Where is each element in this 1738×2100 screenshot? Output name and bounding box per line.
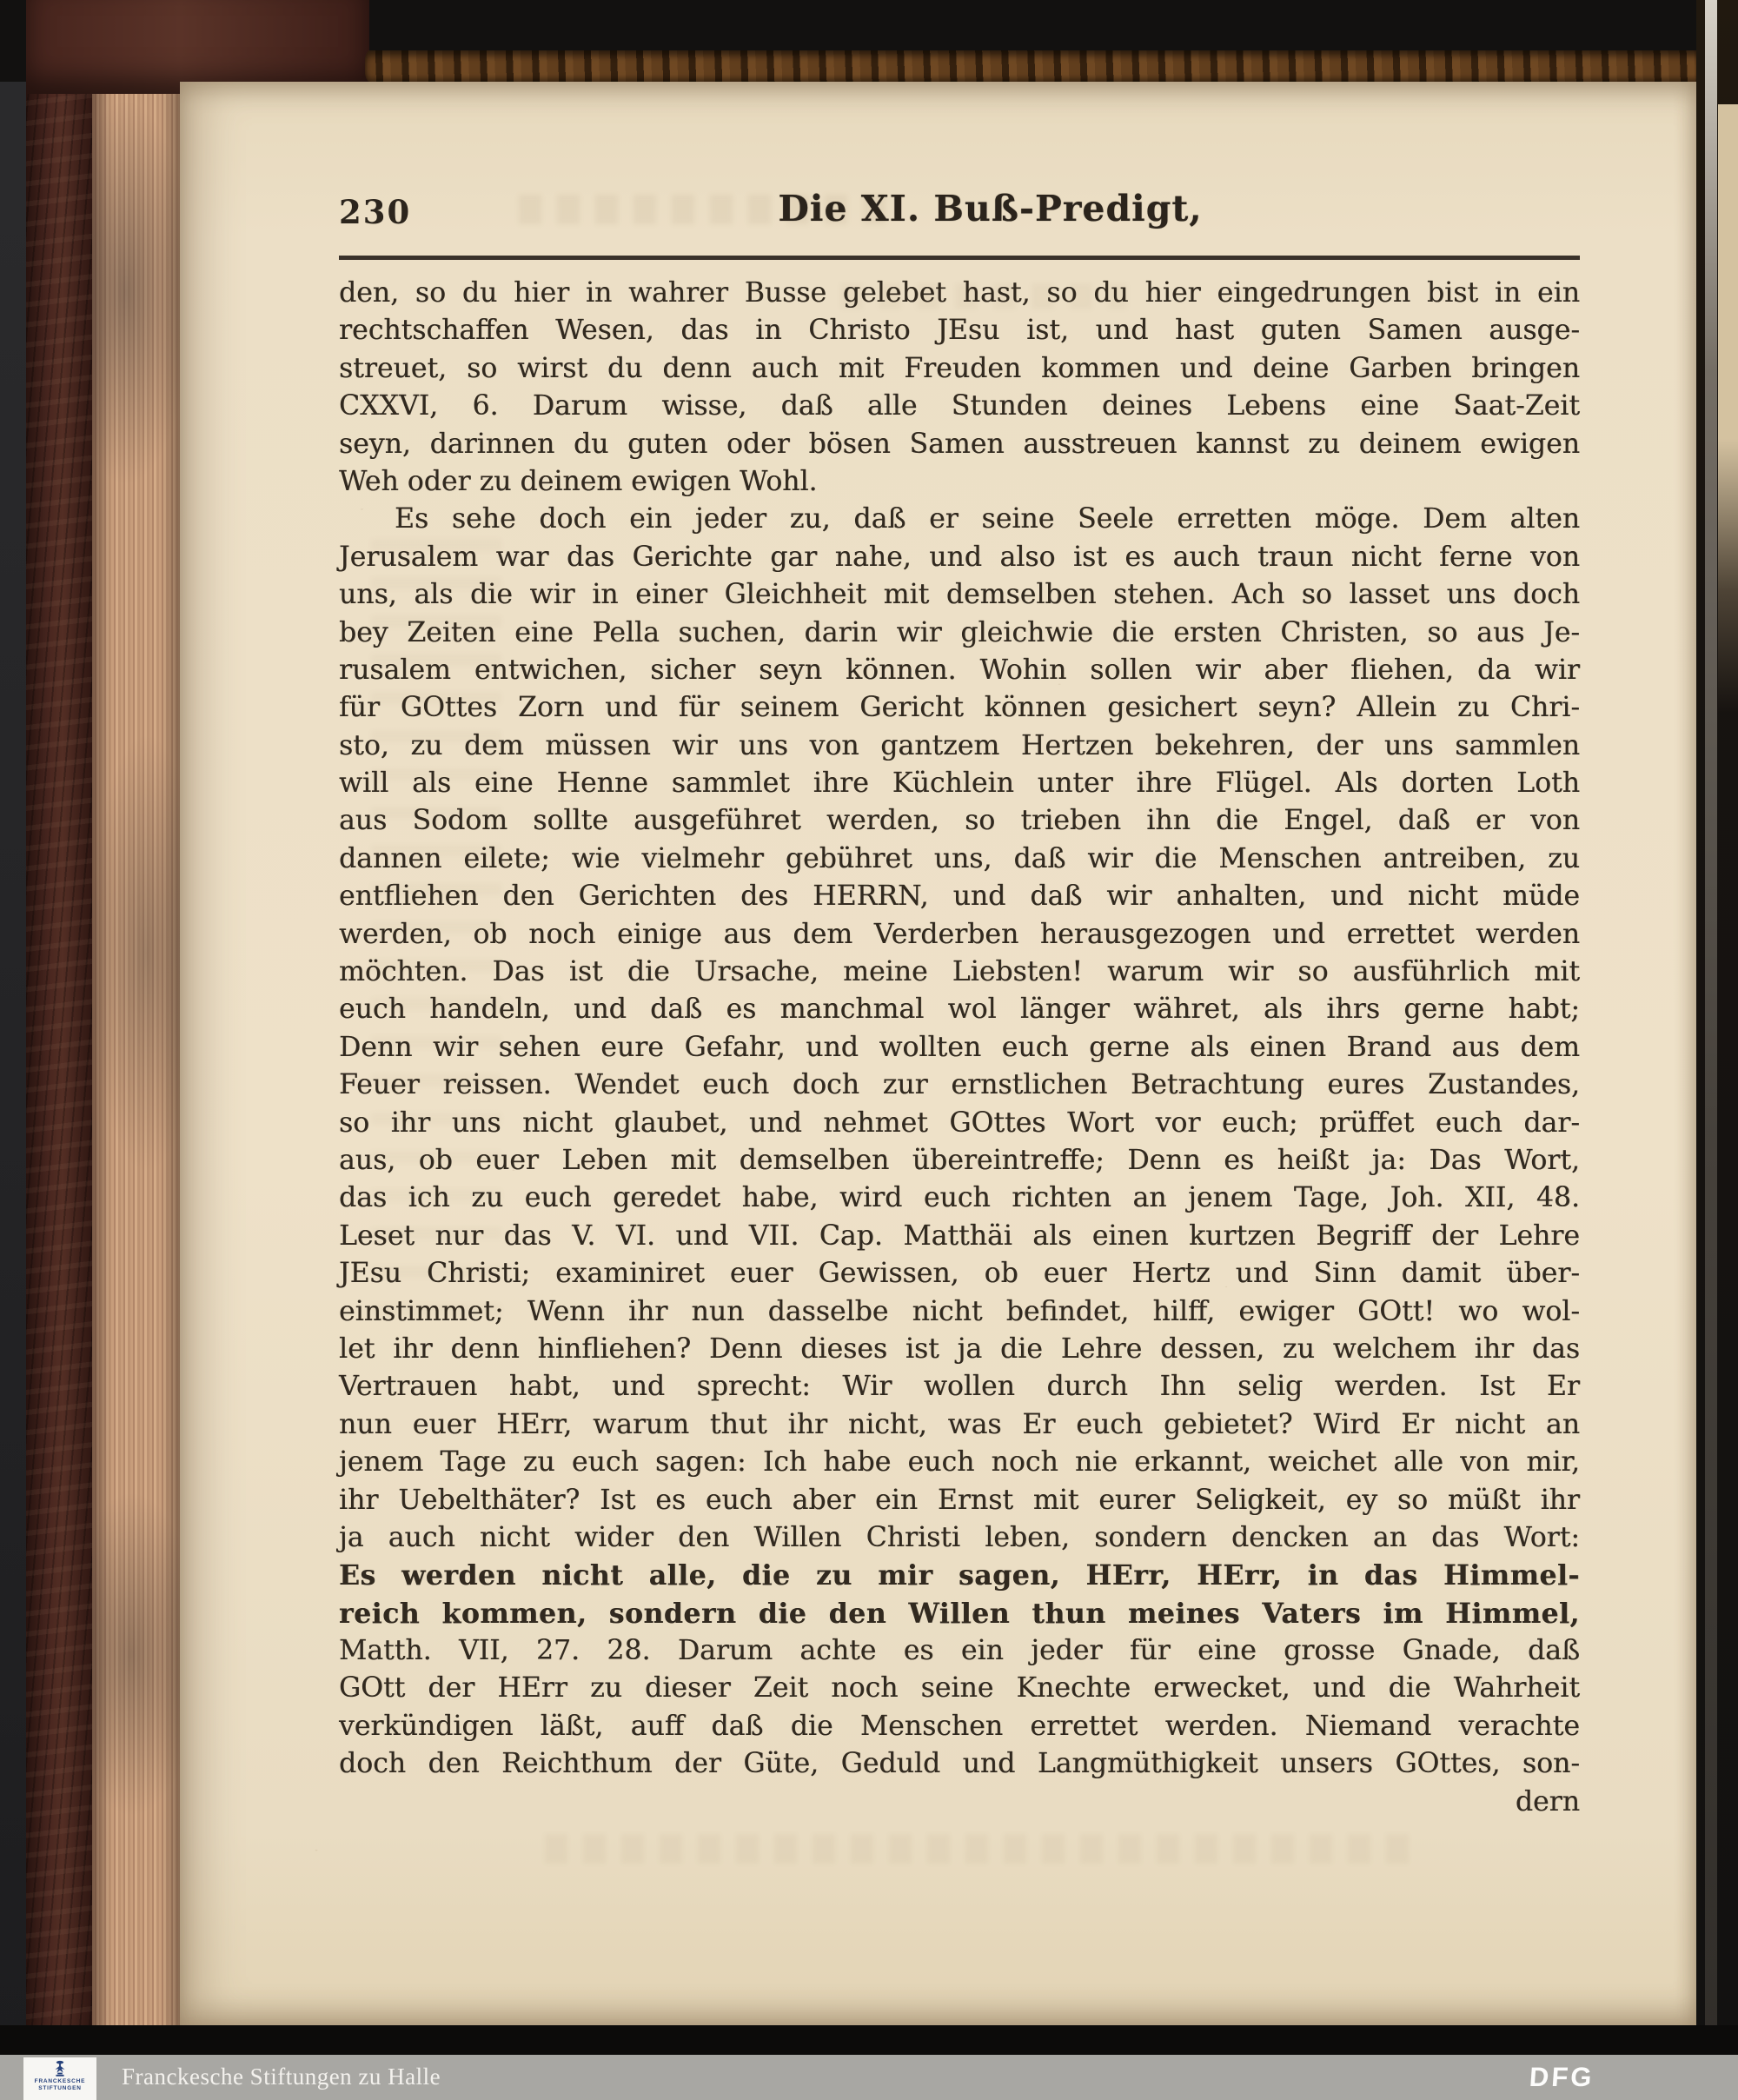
- running-title: Die XI. Buß-Predigt,: [180, 188, 1696, 229]
- text-line: für GOttes Zorn und für seinem Gericht k…: [339, 689, 1580, 727]
- text-line: Feuer reissen. Wendet euch doch zur erns…: [339, 1067, 1580, 1104]
- book-cover-corner: [26, 0, 369, 94]
- text-line: jenem Tage zu euch sagen: Ich habe euch …: [339, 1444, 1580, 1481]
- text-line: entfliehen den Gerichten des HERRN, und …: [339, 878, 1580, 915]
- book-page: 230 Die XI. Buß-Predigt, den, so du hier…: [180, 82, 1696, 2025]
- text-line: ja auch nicht wider den Willen Christi l…: [339, 1519, 1580, 1557]
- text-line: doch den Reichthum der Güte, Geduld und …: [339, 1745, 1580, 1783]
- book-endband: [365, 50, 1702, 82]
- text-line: bey Zeiten eine Pella suchen, darin wir …: [339, 615, 1580, 652]
- text-line: GOtt der HErr zu dieser Zeit noch seine …: [339, 1670, 1580, 1707]
- logo-text-line1: FRANCKESCHE: [35, 2078, 86, 2085]
- text-line: dern: [339, 1784, 1580, 1821]
- text-line: einstimmet; Wenn ihr nun dasselbe nicht …: [339, 1293, 1580, 1331]
- digitized-book-scan: { "page": { "page_number": "230", "runni…: [0, 0, 1738, 2100]
- text-line: let ihr denn hinfliehen? Denn dieses ist…: [339, 1331, 1580, 1368]
- scanner-background-bottom: [0, 2025, 1738, 2055]
- text-line: aus Sodom sollte ausgeführet werden, so …: [339, 802, 1580, 840]
- text-line: Jerusalem war das Gerichte gar nahe, und…: [339, 539, 1580, 576]
- text-line: verkündigen läßt, auff daß die Menschen …: [339, 1708, 1580, 1745]
- text-line: Es sehe doch ein jeder zu, daß er seine …: [339, 501, 1580, 538]
- text-line: reich kommen, sondern die den Willen thu…: [339, 1595, 1580, 1632]
- text-line: aus, ob euer Leben mit demselben überein…: [339, 1142, 1580, 1180]
- franckesche-stiftungen-logo: FRANCKESCHE STIFTUNGEN: [23, 2057, 96, 2100]
- dfg-logo: DFG: [1528, 2062, 1595, 2093]
- text-line: seyn, darinnen du guten oder bösen Samen…: [339, 426, 1580, 463]
- text-line: so ihr uns nicht glaubet, und nehmet GOt…: [339, 1105, 1580, 1142]
- text-line: werden, ob noch einige aus dem Verderben…: [339, 916, 1580, 954]
- text-line: euch handeln, und daß es manchmal wol lä…: [339, 991, 1580, 1028]
- text-line: den, so du hier in wahrer Busse gelebet …: [339, 275, 1580, 312]
- book-spine-leather: [26, 0, 92, 2055]
- text-line: Vertrauen habt, und sprecht: Wir wollen …: [339, 1368, 1580, 1406]
- text-line: uns, als die wir in einer Gleichheit mit…: [339, 576, 1580, 614]
- text-line: JEsu Christi; examiniret euer Gewissen, …: [339, 1255, 1580, 1293]
- logo-text-line2: STIFTUNGEN: [38, 2085, 82, 2092]
- text-line: will als eine Henne sammlet ihre Küchlei…: [339, 765, 1580, 802]
- body-text: den, so du hier in wahrer Busse gelebet …: [339, 275, 1580, 1821]
- text-line: möchten. Das ist die Ursache, meine Lieb…: [339, 954, 1580, 991]
- footer-bar: FRANCKESCHE STIFTUNGEN Franckesche Stift…: [0, 2055, 1738, 2100]
- facing-page-edge: [1718, 104, 1738, 713]
- text-line: Denn wir sehen eure Gefahr, und wollten …: [339, 1029, 1580, 1067]
- eagle-emblem-icon: [50, 2059, 70, 2078]
- text-line: Es werden nicht alle, die zu mir sagen, …: [339, 1557, 1580, 1594]
- text-line: nun euer HErr, warum thut ihr nicht, was…: [339, 1406, 1580, 1444]
- text-line: CXXVI, 6. Darum wisse, daß alle Stunden …: [339, 388, 1580, 425]
- text-line: Leset nur das V. VI. und VII. Cap. Matth…: [339, 1218, 1580, 1255]
- scanner-background-left: [0, 0, 26, 2055]
- text-line: sto, zu dem müssen wir uns von gantzem H…: [339, 728, 1580, 765]
- page-holder-strip: [1705, 0, 1717, 2055]
- header-rule: [339, 256, 1580, 260]
- ink-bleed-through: [545, 1834, 1414, 1864]
- text-line: rechtschaffen Wesen, das in Christo JEsu…: [339, 312, 1580, 349]
- book-page-edges: [92, 52, 180, 2055]
- text-line: rusalem entwichen, sicher seyn können. W…: [339, 652, 1580, 689]
- text-line: streuet, so wirst du denn auch mit Freud…: [339, 350, 1580, 388]
- text-line: ihr Uebelthäter? Ist es euch aber ein Er…: [339, 1482, 1580, 1519]
- text-line: das ich zu euch geredet habe, wird euch …: [339, 1180, 1580, 1217]
- text-line: Matth. VII, 27. 28. Darum achte es ein j…: [339, 1632, 1580, 1670]
- library-name: Franckesche Stiftungen zu Halle: [122, 2063, 441, 2090]
- text-line: Weh oder zu deinem ewigen Wohl.: [339, 463, 1580, 501]
- text-line: dannen eilete; wie vielmehr gebühret uns…: [339, 841, 1580, 878]
